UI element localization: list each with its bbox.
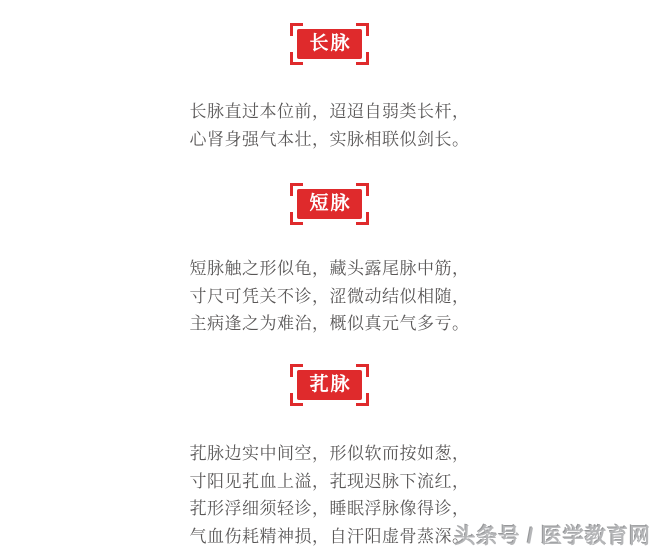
corner-bracket-icon — [356, 393, 369, 406]
badge-short-pulse: 短脉 — [290, 183, 368, 225]
poem-long-pulse: 长脉直过本位前，迢迢自弱类长杆， 心肾身强气本壮，实脉相联似剑长。 — [0, 98, 659, 153]
corner-bracket-icon — [290, 364, 303, 377]
poem-line: 主病逢之为难治，概似真元气多亏。 — [0, 310, 659, 338]
poem-line: 寸阳见芤血上溢，芤现迟脉下流红， — [0, 468, 659, 496]
corner-bracket-icon — [290, 212, 303, 225]
poem-line: 心肾身强气本壮，实脉相联似剑长。 — [0, 126, 659, 154]
corner-bracket-icon — [356, 212, 369, 225]
badge-hollow-pulse: 芤脉 — [290, 364, 368, 406]
corner-bracket-icon — [290, 23, 303, 36]
badge-row-short-pulse: 短脉 — [0, 183, 659, 225]
corner-bracket-icon — [356, 52, 369, 65]
poem-line: 芤形浮细须轻诊，睡眠浮脉像得诊， — [0, 495, 659, 523]
corner-bracket-icon — [290, 393, 303, 406]
corner-bracket-icon — [356, 183, 369, 196]
watermark: 头条号 / 医学教育网 — [454, 520, 651, 550]
poem-line: 长脉直过本位前，迢迢自弱类长杆， — [0, 98, 659, 126]
poem-line: 寸尺可凭关不诊，涩微动结似相随， — [0, 283, 659, 311]
badge-label-short-pulse: 短脉 — [297, 189, 361, 219]
badge-label-hollow-pulse: 芤脉 — [297, 370, 361, 400]
corner-bracket-icon — [290, 52, 303, 65]
corner-bracket-icon — [356, 23, 369, 36]
badge-label-long-pulse: 长脉 — [297, 29, 361, 59]
page-root: 长脉 长脉直过本位前，迢迢自弱类长杆， 心肾身强气本壮，实脉相联似剑长。 短脉 … — [0, 0, 659, 554]
badge-row-long-pulse: 长脉 — [0, 23, 659, 65]
badge-long-pulse: 长脉 — [290, 23, 368, 65]
poem-line: 芤脉边实中间空，形似软而按如葱， — [0, 440, 659, 468]
corner-bracket-icon — [290, 183, 303, 196]
poem-line: 短脉触之形似龟，藏头露尾脉中筋， — [0, 255, 659, 283]
badge-row-hollow-pulse: 芤脉 — [0, 364, 659, 406]
poem-short-pulse: 短脉触之形似龟，藏头露尾脉中筋， 寸尺可凭关不诊，涩微动结似相随， 主病逢之为难… — [0, 255, 659, 338]
corner-bracket-icon — [356, 364, 369, 377]
